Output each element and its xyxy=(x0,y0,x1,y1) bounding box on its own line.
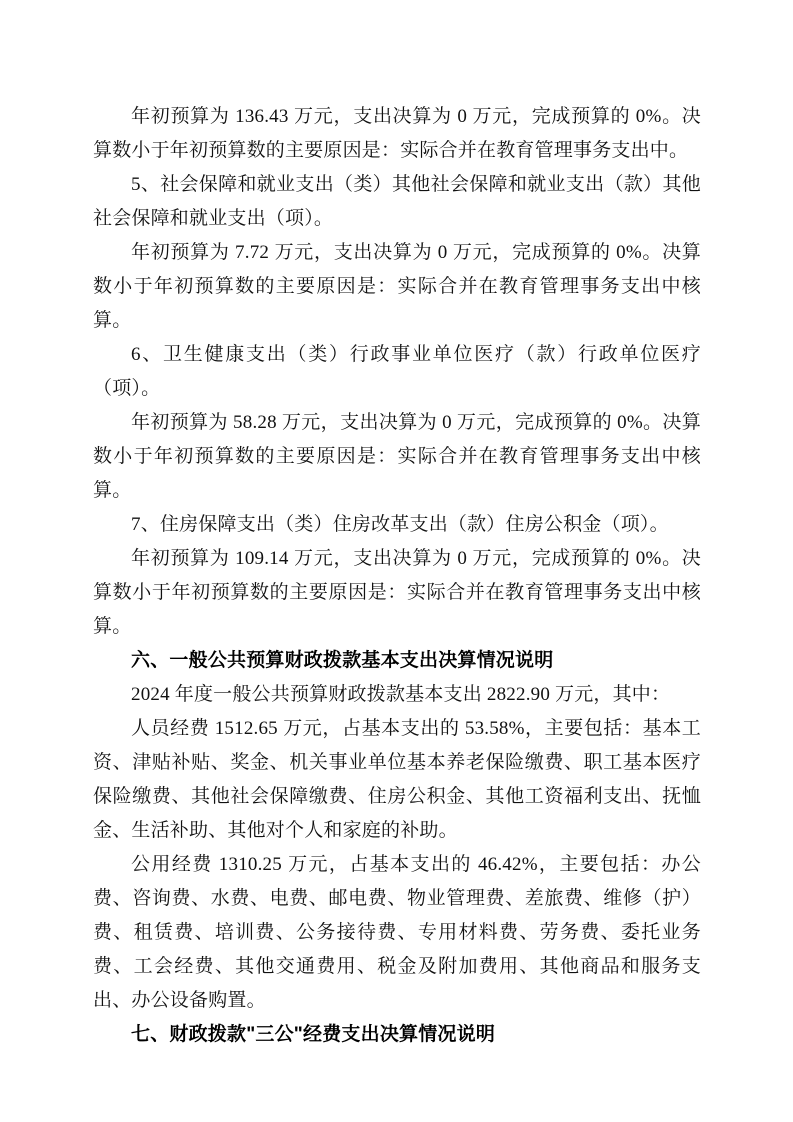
basic-expense-total-paragraph: 2024 年度一般公共预算财政拨款基本支出 2822.90 万元，其中： xyxy=(93,678,701,712)
budget-note-paragraph: 年初预算为 7.72 万元，支出决算为 0 万元，完成预算的 0%。决算数小于年… xyxy=(93,236,701,338)
budget-note-paragraph: 年初预算为 136.43 万元，支出决算为 0 万元，完成预算的 0%。决算数小… xyxy=(93,100,701,168)
section-heading-seven: 七、财政拨款"三公"经费支出决算情况说明 xyxy=(93,1018,701,1052)
section-heading-six: 六、一般公共预算财政拨款基本支出决算情况说明 xyxy=(93,644,701,678)
expense-item-5-title: 5、社会保障和就业支出（类）其他社会保障和就业支出（款）其他社会保障和就业支出（… xyxy=(93,168,701,236)
expense-item-7-title: 7、住房保障支出（类）住房改革支出（款）住房公积金（项）。 xyxy=(93,508,701,542)
budget-note-paragraph: 年初预算为 109.14 万元，支出决算为 0 万元，完成预算的 0%。决算数小… xyxy=(93,542,701,644)
personnel-expense-paragraph: 人员经费 1512.65 万元，占基本支出的 53.58%，主要包括：基本工资、… xyxy=(93,712,701,848)
public-expense-paragraph: 公用经费 1310.25 万元，占基本支出的 46.42%，主要包括：办公费、咨… xyxy=(93,848,701,1018)
budget-note-paragraph: 年初预算为 58.28 万元，支出决算为 0 万元，完成预算的 0%。决算数小于… xyxy=(93,406,701,508)
expense-item-6-title: 6、卫生健康支出（类）行政事业单位医疗（款）行政单位医疗（项）。 xyxy=(93,338,701,406)
document-page: 年初预算为 136.43 万元，支出决算为 0 万元，完成预算的 0%。决算数小… xyxy=(0,0,793,1122)
